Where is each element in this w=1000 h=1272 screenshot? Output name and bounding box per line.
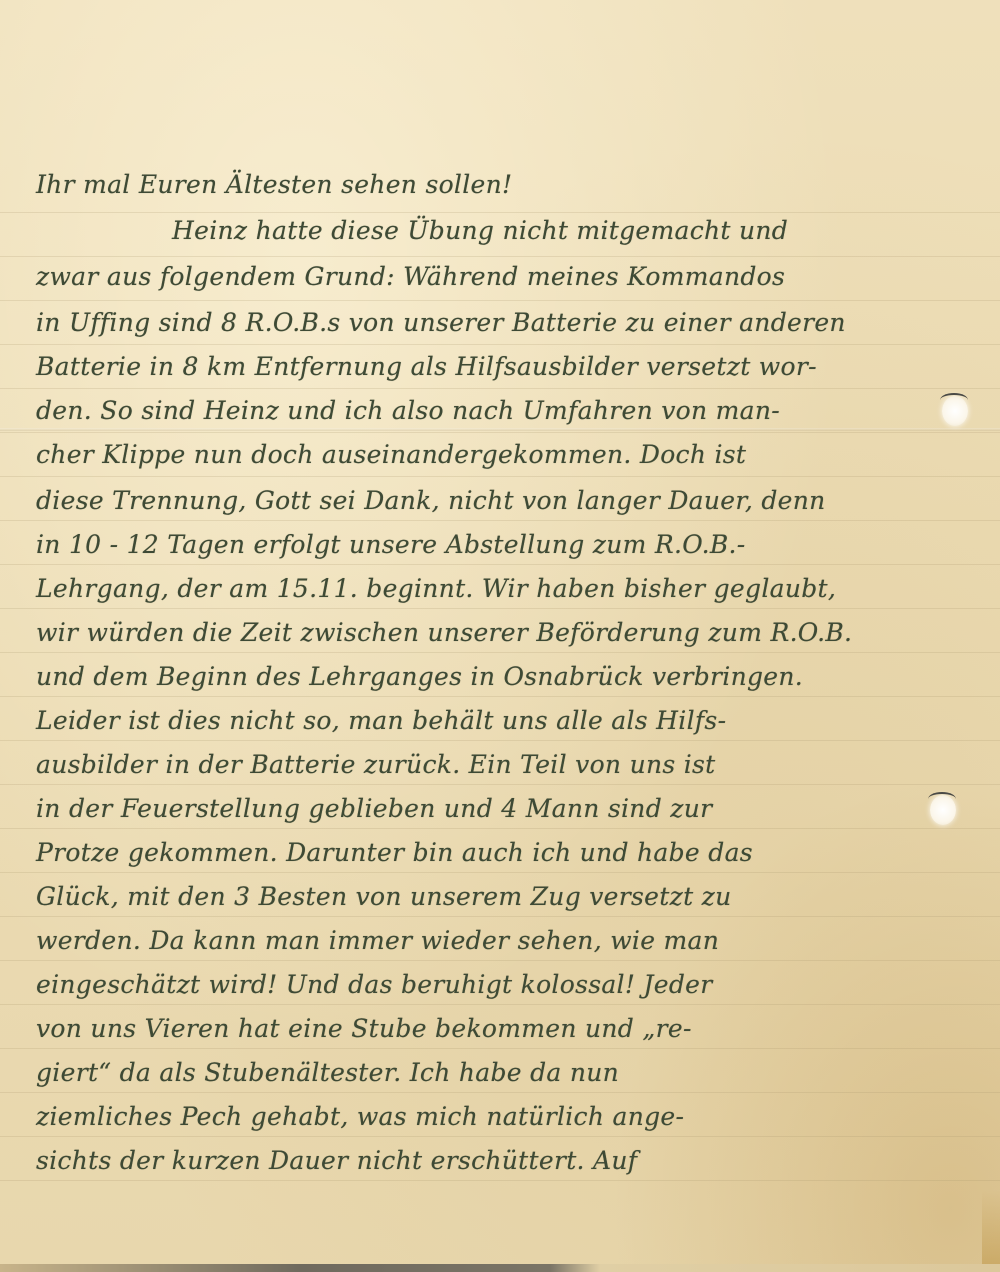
letter-line: Leider ist dies nicht so, man behält uns… (36, 706, 726, 736)
letter-line: sichts der kurzen Dauer nicht erschütter… (36, 1146, 637, 1176)
ruled-line (0, 608, 1000, 609)
ruled-line (0, 1136, 1000, 1137)
letter-line: den. So sind Heinz und ich also nach Umf… (36, 396, 780, 426)
ruled-line (0, 916, 1000, 917)
ruled-line (0, 696, 1000, 697)
ruled-line (0, 344, 1000, 345)
letter-line: cher Klippe nun doch auseinandergekommen… (36, 440, 746, 470)
ruled-line (0, 1180, 1000, 1181)
letter-page: Ihr mal Euren Ältesten sehen sollen! Hei… (0, 0, 1000, 1272)
ruled-line (0, 740, 1000, 741)
paper-fold-crease (0, 428, 1000, 431)
punch-hole-icon (942, 396, 968, 426)
letter-line: ausbilder in der Batterie zurück. Ein Te… (36, 750, 716, 780)
letter-line: giert“ da als Stubenältester. Ich habe d… (36, 1058, 619, 1088)
ruled-line (0, 256, 1000, 257)
ruled-line (0, 212, 1000, 213)
letter-line: Lehrgang, der am 15.11. beginnt. Wir hab… (36, 574, 836, 604)
ruled-line (0, 1092, 1000, 1093)
ruled-line (0, 828, 1000, 829)
ruled-line (0, 784, 1000, 785)
ruled-line (0, 564, 1000, 565)
ruled-line (0, 300, 1000, 301)
letter-line: Heinz hatte diese Übung nicht mitgemacht… (172, 216, 788, 246)
letter-line: werden. Da kann man immer wieder sehen, … (36, 926, 719, 956)
ruled-line (0, 432, 1000, 433)
paper-stain (982, 1190, 1000, 1272)
letter-line: und dem Beginn des Lehrganges in Osnabrü… (36, 662, 803, 692)
letter-line: Glück, mit den 3 Besten von unserem Zug … (36, 882, 732, 912)
ruled-line (0, 388, 1000, 389)
letter-line: in der Feuerstellung geblieben und 4 Man… (36, 794, 712, 824)
punch-hole-icon (930, 795, 956, 825)
ruled-line (0, 652, 1000, 653)
ruled-line (0, 520, 1000, 521)
ruled-line (0, 960, 1000, 961)
ruled-line (0, 1004, 1000, 1005)
letter-line: Protze gekommen. Darunter bin auch ich u… (36, 838, 753, 868)
paper-bottom-edge (0, 1264, 1000, 1272)
ruled-line (0, 476, 1000, 477)
letter-line: in 10 - 12 Tagen erfolgt unsere Abstellu… (36, 530, 746, 560)
letter-line: in Uffing sind 8 R.O.B.s von unserer Bat… (36, 308, 846, 338)
letter-line: wir würden die Zeit zwischen unserer Bef… (36, 618, 852, 648)
ruled-line (0, 872, 1000, 873)
ruled-line (0, 1048, 1000, 1049)
letter-line: Ihr mal Euren Ältesten sehen sollen! (36, 170, 512, 200)
letter-line: eingeschätzt wird! Und das beruhigt kolo… (36, 970, 713, 1000)
letter-line: zwar aus folgendem Grund: Während meines… (36, 262, 785, 292)
letter-line: von uns Vieren hat eine Stube bekommen u… (36, 1014, 692, 1044)
letter-line: ziemliches Pech gehabt, was mich natürli… (36, 1102, 684, 1132)
letter-line: Batterie in 8 km Entfernung als Hilfsaus… (36, 352, 817, 382)
letter-line: diese Trennung, Gott sei Dank, nicht von… (36, 486, 826, 516)
